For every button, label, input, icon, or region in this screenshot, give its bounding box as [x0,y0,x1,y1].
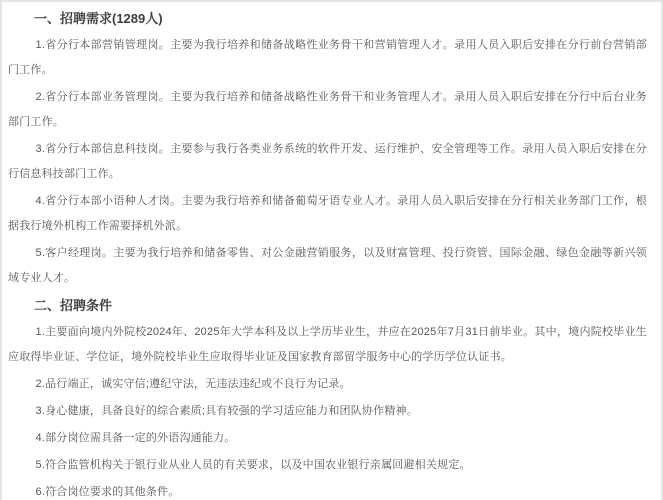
paragraph-post-customer-manager: 5.客户经理岗。主要为我行培养和储备零售、对公金融营销服务，以及财富管理、投行资… [8,241,647,291]
section-heading-recruitment-needs: 一、招聘需求(1289人) [8,6,647,31]
recruitment-notice-document: 一、招聘需求(1289人) 1.省分行本部营销管理岗。主要为我行培养和储备战略性… [0,0,663,500]
section-heading-recruitment-conditions: 二、招聘条件 [8,293,647,318]
paragraph-condition-regulatory: 5.符合监管机构关于银行业从业人员的有关要求，以及中国农业银行亲属回避相关规定。 [8,453,647,478]
section-recruitment-needs: 一、招聘需求(1289人) 1.省分行本部营销管理岗。主要为我行培养和储备战略性… [8,6,647,291]
paragraph-condition-health: 3.身心健康，具备良好的综合素质;具有较强的学习适应能力和团队协作精神。 [8,399,647,424]
paragraph-condition-foreign-language: 4.部分岗位需具备一定的外语沟通能力。 [8,426,647,451]
paragraph-post-marketing-management: 1.省分行本部营销管理岗。主要为我行培养和储备战略性业务骨干和营销管理人才。录用… [8,33,647,83]
paragraph-condition-education: 1.主要面向境内外院校2024年、2025年大学本科及以上学历毕业生，并应在20… [8,320,647,370]
section-recruitment-conditions: 二、招聘条件 1.主要面向境内外院校2024年、2025年大学本科及以上学历毕业… [8,293,647,500]
paragraph-post-business-management: 2.省分行本部业务管理岗。主要为我行培养和储备战略性业务骨干和业务管理人才。录用… [8,85,647,135]
paragraph-post-information-technology: 3.省分行本部信息科技岗。主要参与我行各类业务系统的软件开发、运行维护、安全管理… [8,137,647,187]
paragraph-condition-conduct: 2.品行端正，诚实守信;遵纪守法，无违法违纪或不良行为记录。 [8,372,647,397]
paragraph-post-minor-language-talent: 4.省分行本部小语种人才岗。主要为我行培养和储备葡萄牙语专业人才。录用人员入职后… [8,189,647,239]
paragraph-condition-other: 6.符合岗位要求的其他条件。 [8,480,647,500]
